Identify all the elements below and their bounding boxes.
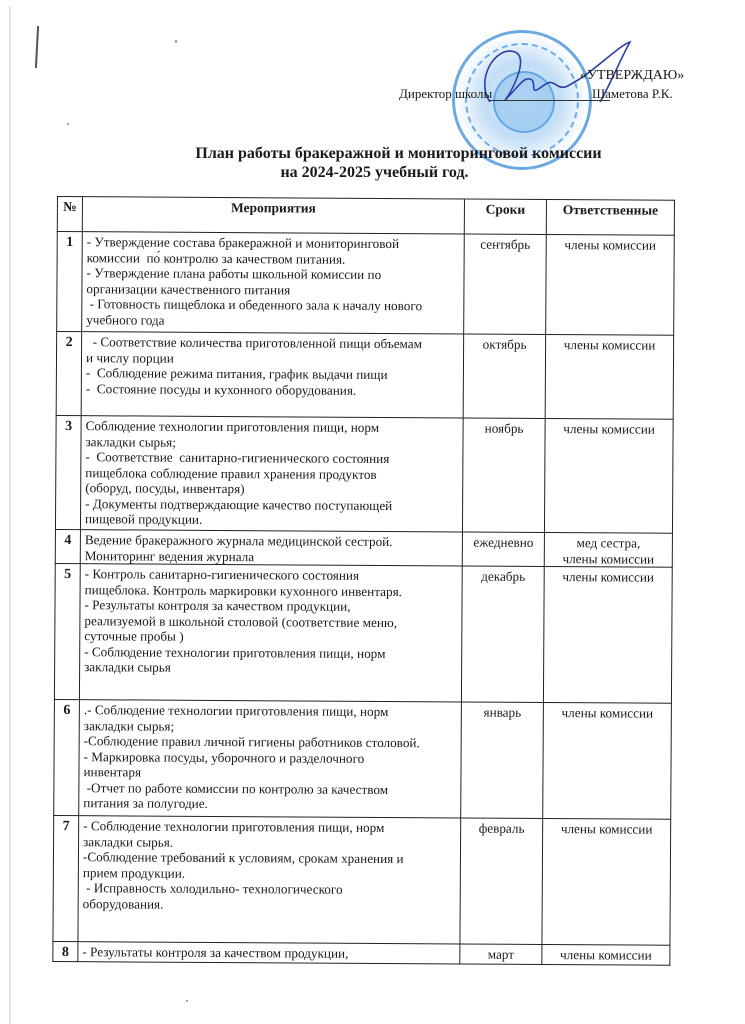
director-name: Шаметова Р.К. [592, 86, 673, 102]
responsible-line: члены комиссии [546, 947, 665, 963]
table-row: 8- Результаты контроля за качеством прод… [53, 941, 670, 964]
row-number: 7 [53, 815, 79, 941]
activity-line: учебного года [86, 312, 459, 330]
activity-line: - Результаты контроля за качеством проду… [84, 597, 457, 615]
activity-line: - Соблюдение режима питания, график выда… [86, 365, 459, 383]
activity-line: закладки сырья [84, 659, 457, 677]
table-row: 4Ведение бракеражного журнала медицинско… [55, 529, 672, 567]
activity-line: - Соответствие количества приготовленной… [86, 334, 459, 352]
responsible-cell: члены комиссии [544, 418, 673, 533]
document-title: План работы бракеражной и мониторинговой… [0, 144, 745, 182]
activity-line: - Контроль санитарно-гигиенического сост… [85, 566, 458, 584]
activity-line: суточные пробы ) [84, 628, 457, 646]
row-number: 1 [57, 232, 83, 332]
responsible-cell: члены комиссии [543, 566, 672, 703]
activity-line: .- Соблюдение технологии приготовления п… [84, 702, 457, 720]
margin-mark [35, 26, 39, 68]
date-cell: декабрь [461, 566, 544, 702]
activity-line: питания за полугодие. [83, 795, 456, 813]
date-cell: март [460, 944, 542, 964]
scan-speck [67, 123, 69, 125]
title-line-1: План работы бракеражной и мониторинговой… [0, 144, 745, 163]
activity-line: Ведение бракеражного журнала медицинской… [85, 532, 458, 550]
activity-line: - Результаты контроля за качеством проду… [82, 944, 455, 962]
table-row: 3Соблюдение технологии приготовления пищ… [55, 415, 673, 533]
date-cell: февраль [460, 818, 543, 944]
activity-line: Мониторинг ведения журнала [85, 548, 458, 566]
activity-line: инвентаря [83, 764, 456, 782]
activity-line: - Соответствие санитарно-гигиенического … [85, 449, 458, 467]
activity-line: - Исправность холодильно- технологическо… [83, 880, 456, 898]
activity-line: пищевой продукции. [85, 511, 458, 529]
header-dates: Сроки [464, 199, 546, 235]
responsible-line: члены комиссии [550, 421, 669, 437]
scan-speck [175, 41, 177, 43]
date-cell: сентябрь [464, 234, 547, 334]
table-row: 7- Соблюдение технологии приготовления п… [53, 815, 671, 945]
responsible-line: мед сестра, [549, 535, 668, 551]
activity-cell: - Утверждение состава бракеражной и мони… [82, 232, 465, 334]
responsible-line: члены комиссии [548, 705, 667, 721]
activity-cell: - Соответствие количества приготовленной… [81, 332, 464, 418]
activity-line: - Состояние посуды и кухонного оборудова… [86, 381, 459, 399]
row-number: 5 [54, 563, 80, 699]
responsible-cell: члены комиссии [543, 702, 672, 819]
responsible-cell: мед сестра,члены комиссии [544, 532, 672, 567]
activity-line: (оборуд, посуды, инвентаря) [85, 480, 458, 498]
row-number: 6 [54, 699, 80, 815]
date-cell: январь [461, 702, 544, 818]
table-header-row: № Мероприятия Сроки Ответственные [57, 197, 674, 236]
table-row: 5- Контроль санитарно-гигиенического сос… [54, 563, 672, 703]
activity-line: оборудования. [83, 896, 456, 914]
header-responsible: Ответственные [546, 199, 674, 235]
activity-line: - Утверждение плана работы школьной коми… [86, 265, 459, 283]
responsible-line: члены комиссии [549, 569, 668, 585]
responsible-line: члены комиссии [547, 821, 666, 837]
activity-line: - Соблюдение технологии приготовления пи… [83, 818, 456, 836]
scan-speck [186, 1000, 188, 1002]
activity-line: - Готовность пищеблока и обеденного зала… [86, 296, 459, 314]
activity-cell: - Контроль санитарно-гигиенического сост… [79, 564, 462, 702]
activity-line: -Соблюдение правил личной гигиены работн… [84, 733, 457, 751]
responsible-cell: члены комиссии [545, 334, 674, 419]
responsible-cell: члены комиссии [542, 944, 670, 964]
activity-line: Соблюдение технологии приготовления пищи… [86, 418, 459, 436]
activity-line: -Соблюдение требований к условиям, срока… [83, 849, 456, 867]
activity-cell: Ведение бракеражного журнала медицинской… [80, 530, 462, 566]
responsible-cell: члены комиссии [542, 818, 671, 945]
row-number: 3 [55, 415, 81, 529]
responsible-line: члены комиссии [549, 551, 668, 567]
activity-cell: .- Соблюдение технологии приготовления п… [79, 700, 462, 818]
row-number: 8 [53, 941, 78, 961]
row-number: 2 [56, 332, 82, 416]
row-number: 4 [55, 529, 80, 563]
activity-cell: - Результаты контроля за качеством проду… [78, 942, 460, 964]
activity-line: - Утверждение состава бракеражной и мони… [87, 234, 460, 252]
director-position: Директор школы [399, 86, 492, 102]
table-row: 2 - Соответствие количества приготовленн… [56, 332, 674, 420]
title-line-2: на 2024-2025 учебный год. [0, 163, 745, 182]
activity-cell: Соблюдение технологии приготовления пищи… [80, 416, 463, 532]
plan-table: № Мероприятия Сроки Ответственные 1- Утв… [52, 196, 675, 965]
activity-cell: - Соблюдение технологии приготовления пи… [78, 816, 461, 944]
header-num: № [57, 197, 82, 232]
table-row: 1- Утверждение состава бракеражной и мон… [57, 232, 675, 336]
date-cell: ежедневно [462, 532, 544, 567]
responsible-line: члены комиссии [550, 337, 669, 353]
date-cell: ноябрь [462, 418, 545, 532]
responsible-cell: члены комиссии [546, 234, 675, 335]
header-activities: Мероприятия [82, 197, 464, 234]
responsible-line: члены комиссии [551, 237, 670, 253]
date-cell: октябрь [463, 334, 546, 418]
approval-label: «УТВЕРЖДАЮ» [580, 68, 684, 84]
table-row: 6.- Соблюдение технологии приготовления … [54, 699, 672, 819]
